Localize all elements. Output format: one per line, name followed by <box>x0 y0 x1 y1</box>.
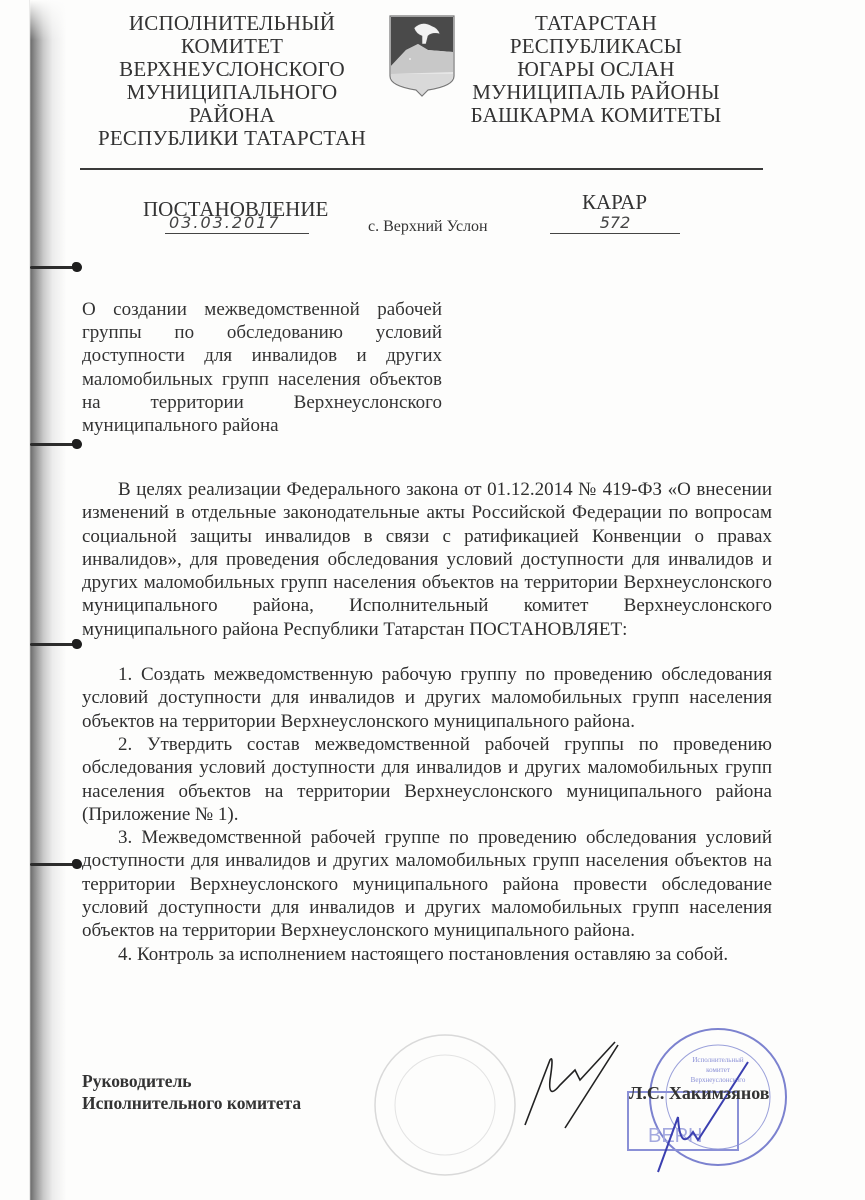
header-right-tt: ТАТАРСТАН РЕСПУБЛИКАСЫ ЮГАРЫ ОСЛАН МУНИЦ… <box>452 12 740 127</box>
header-right-line: ЮГАРЫ ОСЛАН <box>452 58 740 81</box>
header-left-line: РЕСПУБЛИКИ ТАТАРСТАН <box>84 127 380 150</box>
item-number: 4. <box>118 944 132 965</box>
signer-name: Л.С. Хакимзянов <box>629 1083 770 1104</box>
binding-shadow <box>0 0 70 1200</box>
decree-body: В целях реализации Федерального закона о… <box>82 478 772 966</box>
header-left-line: ВЕРХНЕУСЛОНСКОГО <box>84 58 380 81</box>
signer-position-line1: Руководитель <box>82 1070 301 1092</box>
faint-seal-imprint-icon <box>370 1030 520 1180</box>
staple-4 <box>30 863 78 866</box>
staple-3 <box>30 643 78 646</box>
item-text: Создать межведомственную рабочую группу … <box>82 664 772 732</box>
svg-text:ВЕРН: ВЕРН <box>648 1125 702 1147</box>
signer-position-line2: Исполнительного комитета <box>82 1092 301 1114</box>
decree-title-tt: КАРАР <box>582 190 647 215</box>
decree-item-2: 2. Утвердить состав межведомственной раб… <box>82 733 772 826</box>
svg-text:комитет: комитет <box>706 1066 730 1074</box>
item-number: 3. <box>118 827 132 848</box>
decree-date: 03.03.2017 <box>165 213 309 234</box>
header-right-line: БАШКАРМА КОМИТЕТЫ <box>452 104 740 127</box>
item-number: 2. <box>118 734 132 755</box>
item-text: Утвердить состав межведомственной рабоче… <box>82 734 772 825</box>
decree-item-4: 4. Контроль за исполнением настоящего по… <box>82 943 772 966</box>
handwritten-signature-icon <box>520 1040 620 1130</box>
header-left-line: МУНИЦИПАЛЬНОГО РАЙОНА <box>84 81 380 127</box>
coat-of-arms-icon <box>388 14 456 98</box>
staple-1 <box>30 266 78 269</box>
decree-item-1: 1. Создать межведомственную рабочую груп… <box>82 663 772 733</box>
signer-position: Руководитель Исполнительного комитета <box>82 1070 301 1114</box>
decree-number: 572 <box>550 213 680 234</box>
svg-text:Исполнительный: Исполнительный <box>692 1056 744 1064</box>
header-right-line: МУНИЦИПАЛЬ РАЙОНЫ <box>452 81 740 104</box>
item-text: Контроль за исполнением настоящего поста… <box>137 944 728 965</box>
header-divider <box>80 168 763 170</box>
staple-2 <box>30 443 78 446</box>
decree-place: с. Верхний Услон <box>368 218 488 236</box>
decree-item-3: 3. Межведомственной рабочей группе по пр… <box>82 826 772 942</box>
decree-subject: О создании межведомственной рабочей груп… <box>82 298 442 437</box>
binding-fade <box>30 0 70 40</box>
item-number: 1. <box>118 664 132 685</box>
preamble: В целях реализации Федерального закона о… <box>82 478 772 641</box>
item-text: Межведомственной рабочей группе по прове… <box>82 827 772 941</box>
header-right-line: ТАТАРСТАН РЕСПУБЛИКАСЫ <box>452 12 740 58</box>
header-left-line: ИСПОЛНИТЕЛЬНЫЙ КОМИТЕТ <box>84 12 380 58</box>
header-left-ru: ИСПОЛНИТЕЛЬНЫЙ КОМИТЕТ ВЕРХНЕУСЛОНСКОГО … <box>84 12 380 150</box>
